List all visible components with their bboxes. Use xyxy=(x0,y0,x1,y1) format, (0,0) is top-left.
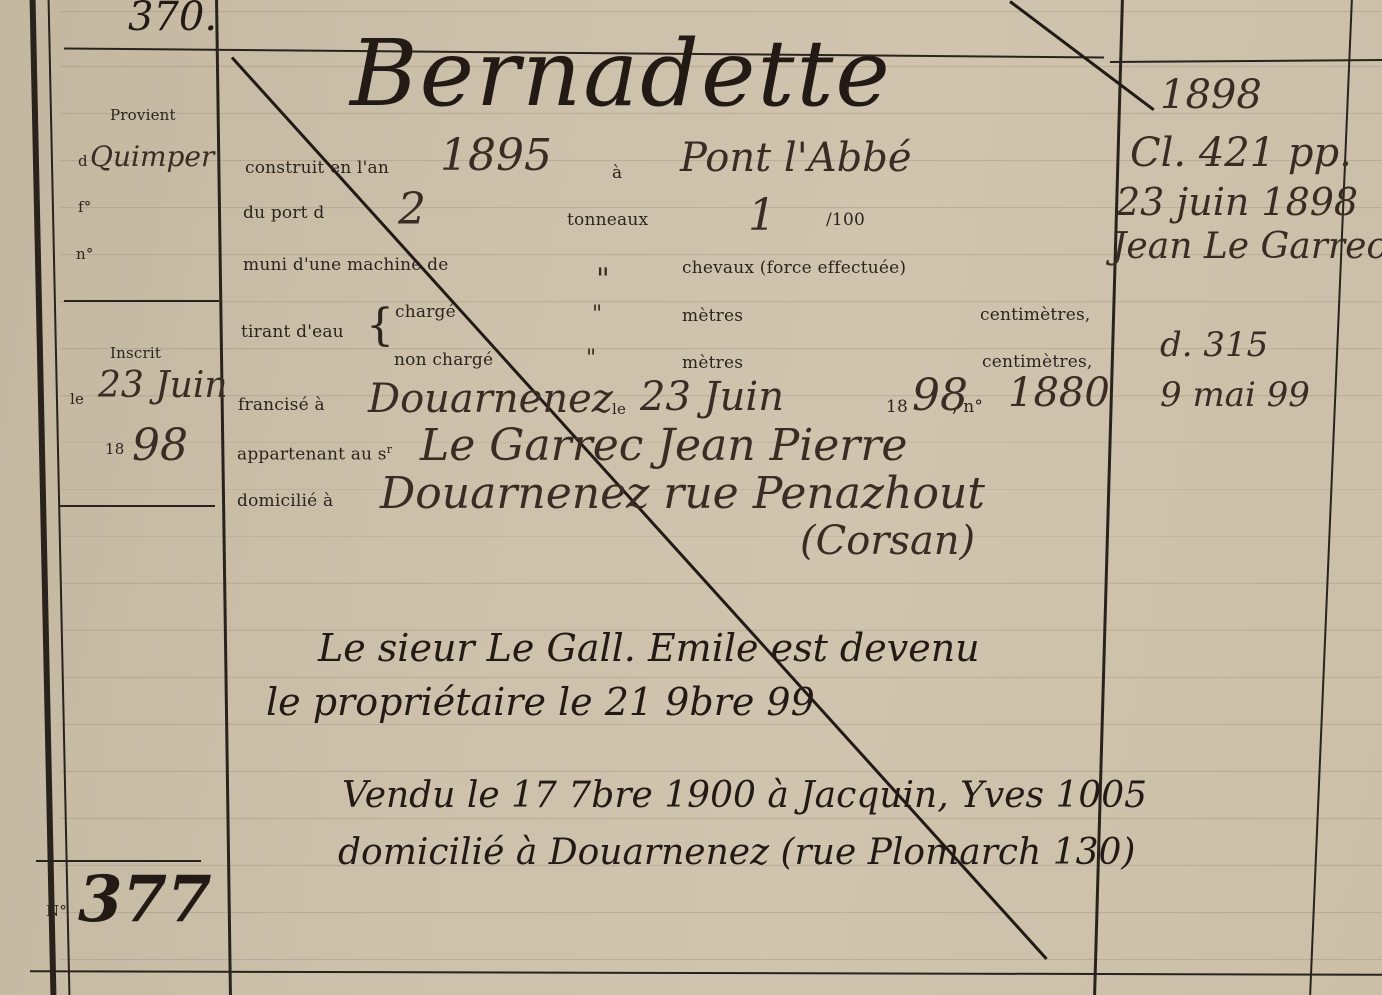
tonneaux-value: 1 xyxy=(748,190,776,241)
annotation-line-3: Vendu le 17 7bre 1900 à Jacquin, Yves 10… xyxy=(342,775,1147,816)
inscrit-le-label: le xyxy=(70,390,84,408)
francise-number: 1880 xyxy=(1008,370,1110,416)
francise-place: Douarnenez xyxy=(368,376,613,422)
centimetres-label-non-charge: centimètres, xyxy=(982,352,1093,372)
right-column-line-3: 23 juin 1898 xyxy=(1116,180,1358,224)
francise-label: francisé à xyxy=(238,395,325,415)
francise-date: 23 Juin xyxy=(640,374,784,420)
construit-year: 1895 xyxy=(440,130,552,181)
francise-number-label: , n° xyxy=(952,397,983,417)
tirant-brace: { xyxy=(366,304,394,348)
inscrit-date: 23 Juin xyxy=(98,365,228,406)
non-charge-value: " xyxy=(586,346,596,371)
construit-place: Pont l'Abbé xyxy=(680,135,911,181)
provient-box-bottom xyxy=(64,300,219,302)
construit-label: construit en l'an xyxy=(245,158,389,178)
centimetres-label-charge: centimètres, xyxy=(980,305,1091,325)
tirant-label: tirant d'eau xyxy=(241,322,344,342)
right-column-line-1: 1898 xyxy=(1160,72,1262,118)
inscrit-label: Inscrit xyxy=(110,344,161,362)
provenance-value: Quimper xyxy=(90,140,214,173)
metres-label-charge: mètres xyxy=(682,306,743,326)
ship-name: Bernadette xyxy=(350,20,892,127)
machine-label: muni d'une machine de xyxy=(243,255,449,275)
right-column-note-2: 9 mai 99 xyxy=(1160,375,1310,415)
annotation-line-4: domicilié à Douarnenez (rue Plomarch 130… xyxy=(338,832,1135,873)
tonneaux-label: tonneaux xyxy=(567,210,648,230)
centiemes-label: /100 xyxy=(826,210,865,230)
inscrit-year: 98 xyxy=(132,420,188,471)
annotation-line-1: Le sieur Le Gall. Emile est devenu xyxy=(318,626,980,670)
inscrit-box-bottom xyxy=(60,505,215,507)
domicile-value: Douarnenez rue Penazhout xyxy=(380,468,985,519)
francise-year-prefix: 18 xyxy=(886,397,908,417)
appartenant-label-text: appartenant au s xyxy=(237,445,387,465)
provient-label: Provient xyxy=(110,106,176,124)
inscrit-year-prefix: 18 xyxy=(105,440,125,458)
francise-le-label: le xyxy=(612,400,626,418)
chevaux-label: chevaux (force effectuée) xyxy=(682,258,906,278)
right-column-line-4: Jean Le Garrec xyxy=(1112,226,1382,267)
folio-label: f° xyxy=(78,198,91,216)
right-column-line-2: Cl. 421 pp. xyxy=(1130,130,1352,176)
number-label: n° xyxy=(76,245,94,263)
right-column-note-1: d. 315 xyxy=(1160,325,1268,365)
owner-name: Le Garrec Jean Pierre xyxy=(420,420,907,471)
port-value: 2 xyxy=(398,184,426,235)
appartenant-label-sup: r xyxy=(387,443,392,456)
annotation-line-2: le propriétaire le 21 9bre 99 xyxy=(266,680,815,724)
top-number: 370. xyxy=(128,0,217,40)
construit-a-label: à xyxy=(612,163,622,183)
register-page: 370. Bernadette Provient d Quimper f° n°… xyxy=(0,0,1382,995)
appartenant-label: appartenant au sr xyxy=(237,443,392,465)
charge-value: " xyxy=(592,302,602,327)
non-charge-label: non chargé xyxy=(394,350,493,370)
charge-label: chargé xyxy=(395,302,456,322)
domicilie-label: domicilié à xyxy=(237,491,333,511)
owner-occupation: (Corsan) xyxy=(800,518,975,564)
bottom-number-label: N° xyxy=(46,902,67,920)
machine-value: " xyxy=(596,262,610,297)
bottom-number: 377 xyxy=(78,862,212,937)
metres-label-non-charge: mètres xyxy=(682,353,743,373)
d-label: d xyxy=(78,152,88,170)
port-label: du port d xyxy=(243,203,324,223)
